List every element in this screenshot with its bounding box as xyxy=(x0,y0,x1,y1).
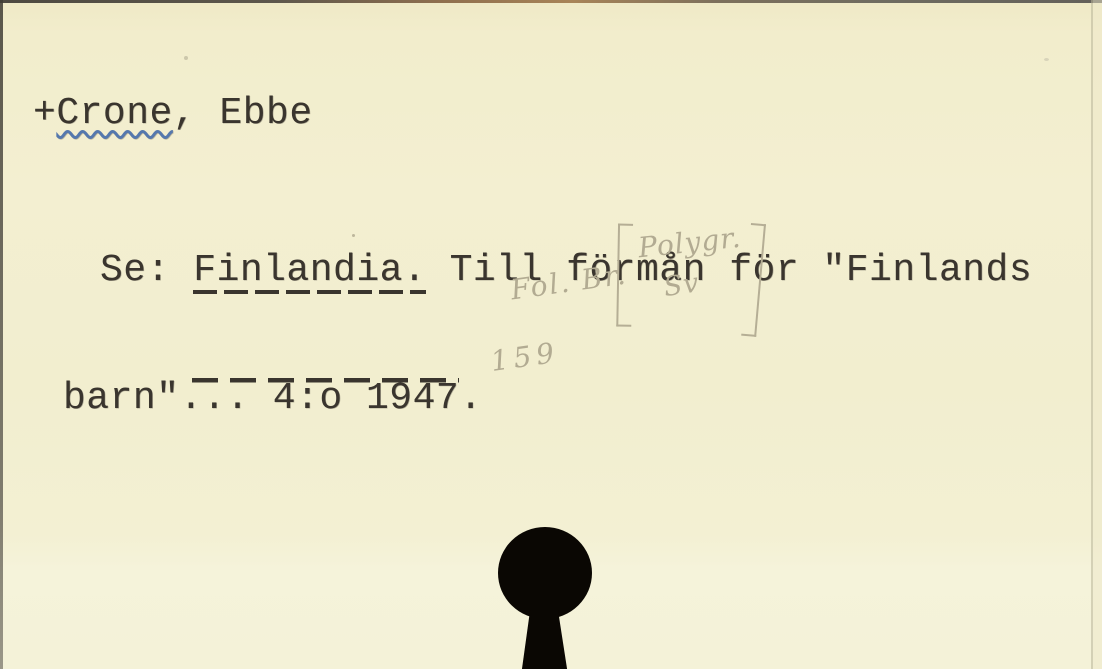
dust-speck xyxy=(352,234,355,237)
pencil-classification: Polygr. Sv xyxy=(607,214,769,346)
card-right-edge xyxy=(1091,0,1093,669)
dust-speck xyxy=(1044,58,1049,61)
catalog-card-scan: +Crone, Ebbe Se: Finlandia. Till förmån … xyxy=(0,0,1102,669)
punch-hole-slot xyxy=(521,610,569,669)
heading-line: +Crone, Ebbe xyxy=(33,93,313,135)
dust-speck xyxy=(184,56,188,60)
classification-subtext: Sv xyxy=(662,267,702,303)
imprint-year: ... 4:o 1947 xyxy=(180,378,460,420)
card-left-edge xyxy=(0,0,3,669)
punch-hole xyxy=(498,527,592,619)
heading-surname: Crone xyxy=(56,92,173,135)
right-bracket-mark xyxy=(741,223,766,337)
referenced-title: Finlandia. xyxy=(193,250,426,294)
card-right-margin xyxy=(1093,0,1102,669)
left-bracket-mark xyxy=(616,224,633,327)
see-label: Se: xyxy=(100,249,193,292)
reference-line-2-lead: barn" xyxy=(63,377,180,420)
heading-forename: , Ebbe xyxy=(173,92,313,135)
card-top-edge xyxy=(0,0,1102,3)
classification-text: Polygr. xyxy=(637,221,743,265)
heading-prefix: + xyxy=(33,92,56,135)
